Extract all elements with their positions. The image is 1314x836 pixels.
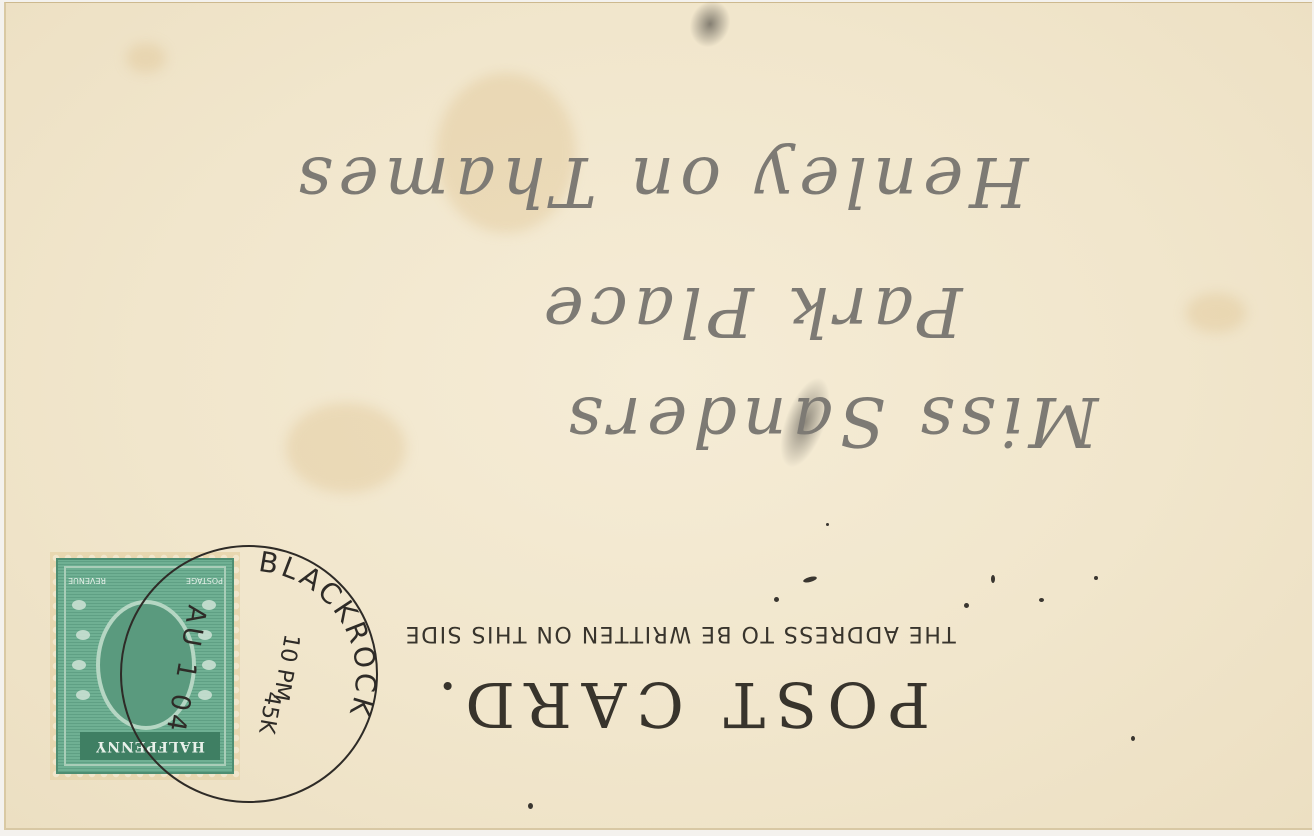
ink-speck [1039, 598, 1044, 602]
leaf-ornament [76, 630, 90, 640]
address-line-town: Henley on Thames [280, 130, 1040, 220]
stain [126, 43, 166, 73]
stamp-revenue-label: REVENUE [68, 577, 106, 586]
ink-speck [991, 575, 995, 583]
leaf-ornament [72, 600, 86, 610]
ink-speck [826, 523, 829, 526]
stain [1186, 293, 1246, 333]
ink-speck [528, 803, 533, 809]
ink-speck [803, 575, 818, 583]
circular-postmark-icon: BLACKROCK [120, 545, 378, 803]
ink-speck [964, 603, 969, 608]
postmark-town-arc: BLACKROCK [122, 547, 380, 805]
postcard-heading: POST CARD. [430, 664, 930, 744]
address-line-name: Miss Sanders [540, 370, 1120, 460]
address-line-street: Park Place [490, 260, 1010, 350]
postmark-town: BLACKROCK [122, 547, 380, 805]
leaf-ornament [72, 660, 86, 670]
leaf-ornament [76, 690, 90, 700]
ink-speck [774, 597, 779, 602]
ink-speck [1094, 576, 1098, 580]
address-instruction: THE ADDRESS TO BE WRITTEN ON THIS SIDE [270, 618, 1090, 648]
ink-speck [1131, 736, 1135, 741]
stain [286, 403, 406, 493]
